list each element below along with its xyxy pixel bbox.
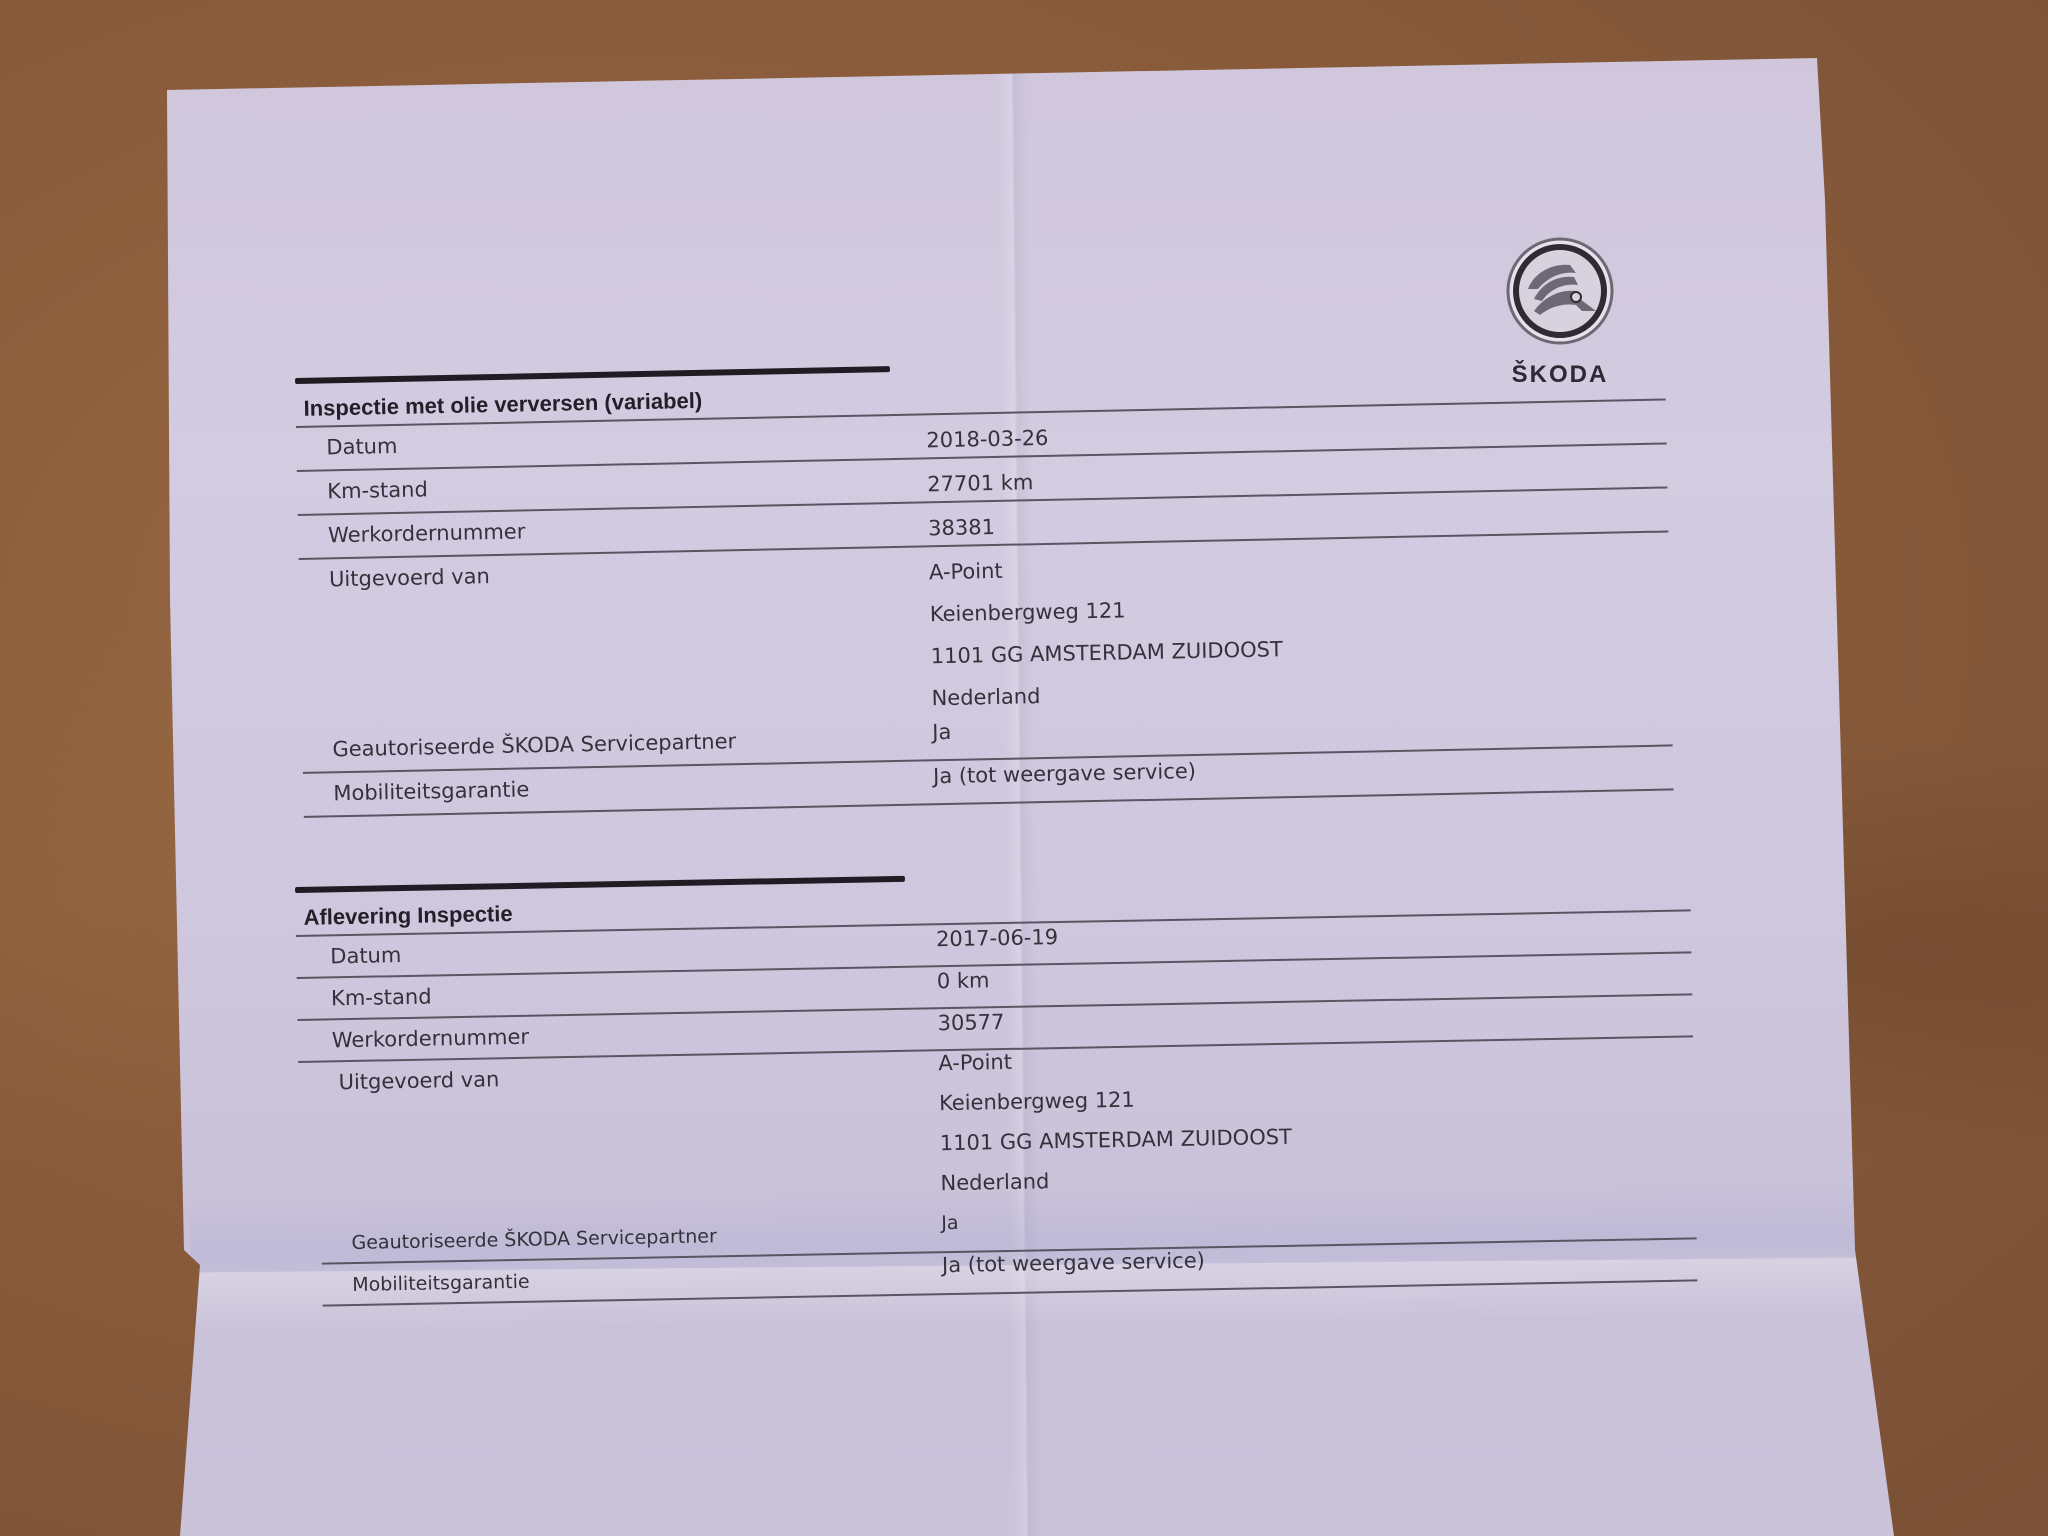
row-label: Uitgevoerd van (338, 1067, 499, 1094)
row-label: Datum (330, 943, 401, 968)
row-value: 30577 (937, 1002, 1005, 1043)
row-label: Km-stand (327, 477, 428, 503)
address-city: 1101 GG AMSTERDAM ZUIDOOST (939, 1117, 1292, 1163)
address-block: A-Point Keienbergweg 121 1101 GG AMSTERD… (929, 544, 1284, 719)
row-value: 0 km (936, 960, 989, 1001)
row-label: Km-stand (331, 985, 432, 1011)
row-label: Werkordernummer (332, 1025, 530, 1053)
row-uitgevoerd-van: Uitgevoerd van A-Point Keienbergweg 121 … (298, 1035, 1696, 1223)
row-value: 2017-06-19 (936, 917, 1059, 959)
section-inspectie-olie: Inspectie met olie verversen (variabel) … (295, 351, 1674, 818)
address-street: Keienbergweg 121 (939, 1077, 1292, 1123)
row-value: Ja (932, 711, 952, 753)
address-city: 1101 GG AMSTERDAM ZUIDOOST (930, 628, 1283, 677)
address-company: A-Point (929, 544, 1282, 593)
address-country: Nederland (940, 1157, 1293, 1203)
address-company: A-Point (938, 1037, 1291, 1083)
row-label: Geautoriseerde ŠKODA Servicepartner (332, 729, 736, 761)
row-label: Mobiliteitsgarantie (333, 777, 529, 805)
row-label: Werkordernummer (328, 519, 526, 547)
row-label: Datum (326, 434, 398, 459)
row-uitgevoerd-van: Uitgevoerd van A-Point Keienbergweg 121 … (299, 530, 1672, 729)
skoda-winged-arrow-logo-icon (1504, 235, 1616, 347)
address-street: Keienbergweg 121 (929, 586, 1282, 635)
row-label: Geautoriseerde ŠKODA Servicepartner (351, 1225, 717, 1254)
row-value: 38381 (928, 506, 996, 549)
row-value: Ja (tot weergave service) (942, 1240, 1206, 1285)
row-label: Mobiliteitsgarantie (352, 1271, 530, 1296)
row-value: Ja (tot weergave service) (933, 750, 1197, 797)
row-value: Ja (941, 1203, 959, 1243)
service-record-document: ŠKODA Inspectie met olie verversen (vari… (0, 0, 2048, 1536)
row-label: Uitgevoerd van (329, 564, 490, 591)
address-block: A-Point Keienbergweg 121 1101 GG AMSTERD… (938, 1037, 1293, 1203)
section-aflevering-inspectie: Aflevering Inspectie Datum 2017-06-19 Km… (295, 861, 1697, 1306)
